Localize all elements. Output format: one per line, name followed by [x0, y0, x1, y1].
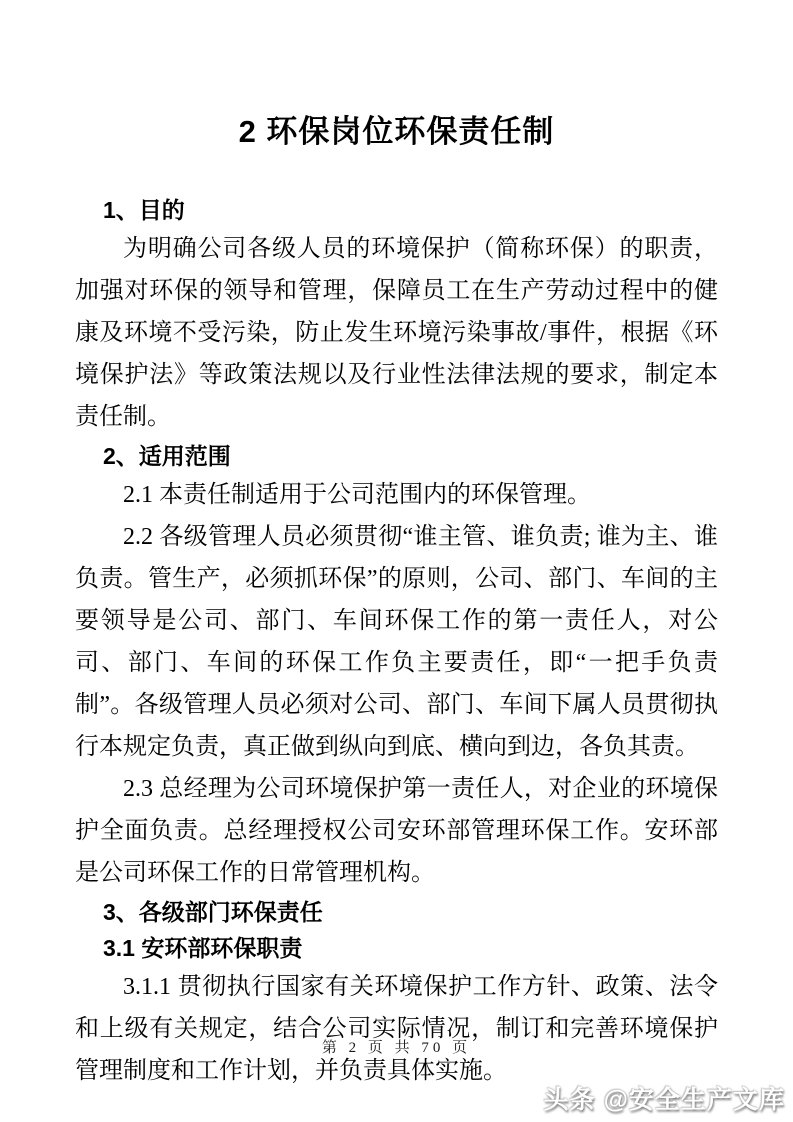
heading-3-department-responsibility: 3、各级部门环保责任: [75, 894, 718, 930]
document-content: 2 环保岗位环保责任制 1、目的 为明确公司各级人员的环境保护（简称环保）的职责…: [75, 0, 718, 1092]
document-title: 2 环保岗位环保责任制: [75, 112, 718, 152]
page-footer: 第 2 页 共 70 页: [0, 1036, 793, 1057]
document-page: 2 环保岗位环保责任制 1、目的 为明确公司各级人员的环境保护（简称环保）的职责…: [0, 0, 793, 1122]
heading-2-scope: 2、适用范围: [75, 438, 718, 474]
heading-3-1-safety-env-dept-duties: 3.1 安环部环保职责: [75, 930, 718, 966]
para-2-3: 2.3 总经理为公司环境保护第一责任人，对企业的环境保护全面负责。总经理授权公司…: [75, 768, 718, 894]
heading-1-purpose: 1、目的: [75, 192, 718, 228]
para-2-1: 2.1 本责任制适用于公司范围内的环保管理。: [75, 474, 718, 516]
page-number: 第 2 页 共 70 页: [322, 1040, 471, 1056]
para-2-2: 2.2 各级管理人员必须贯彻“谁主管、谁负责; 谁为主、谁负责。管生产，必须抓环…: [75, 516, 718, 768]
para-3-1-1: 3.1.1 贯彻执行国家有关环境保护工作方针、政策、法令和上级有关规定，结合公司…: [75, 966, 718, 1092]
para-purpose: 为明确公司各级人员的环境保护（简称环保）的职责，加强对环保的领导和管理，保障员工…: [75, 228, 718, 438]
watermark-toutiao-safety-library: 头条 @安全生产文库: [544, 1080, 785, 1116]
